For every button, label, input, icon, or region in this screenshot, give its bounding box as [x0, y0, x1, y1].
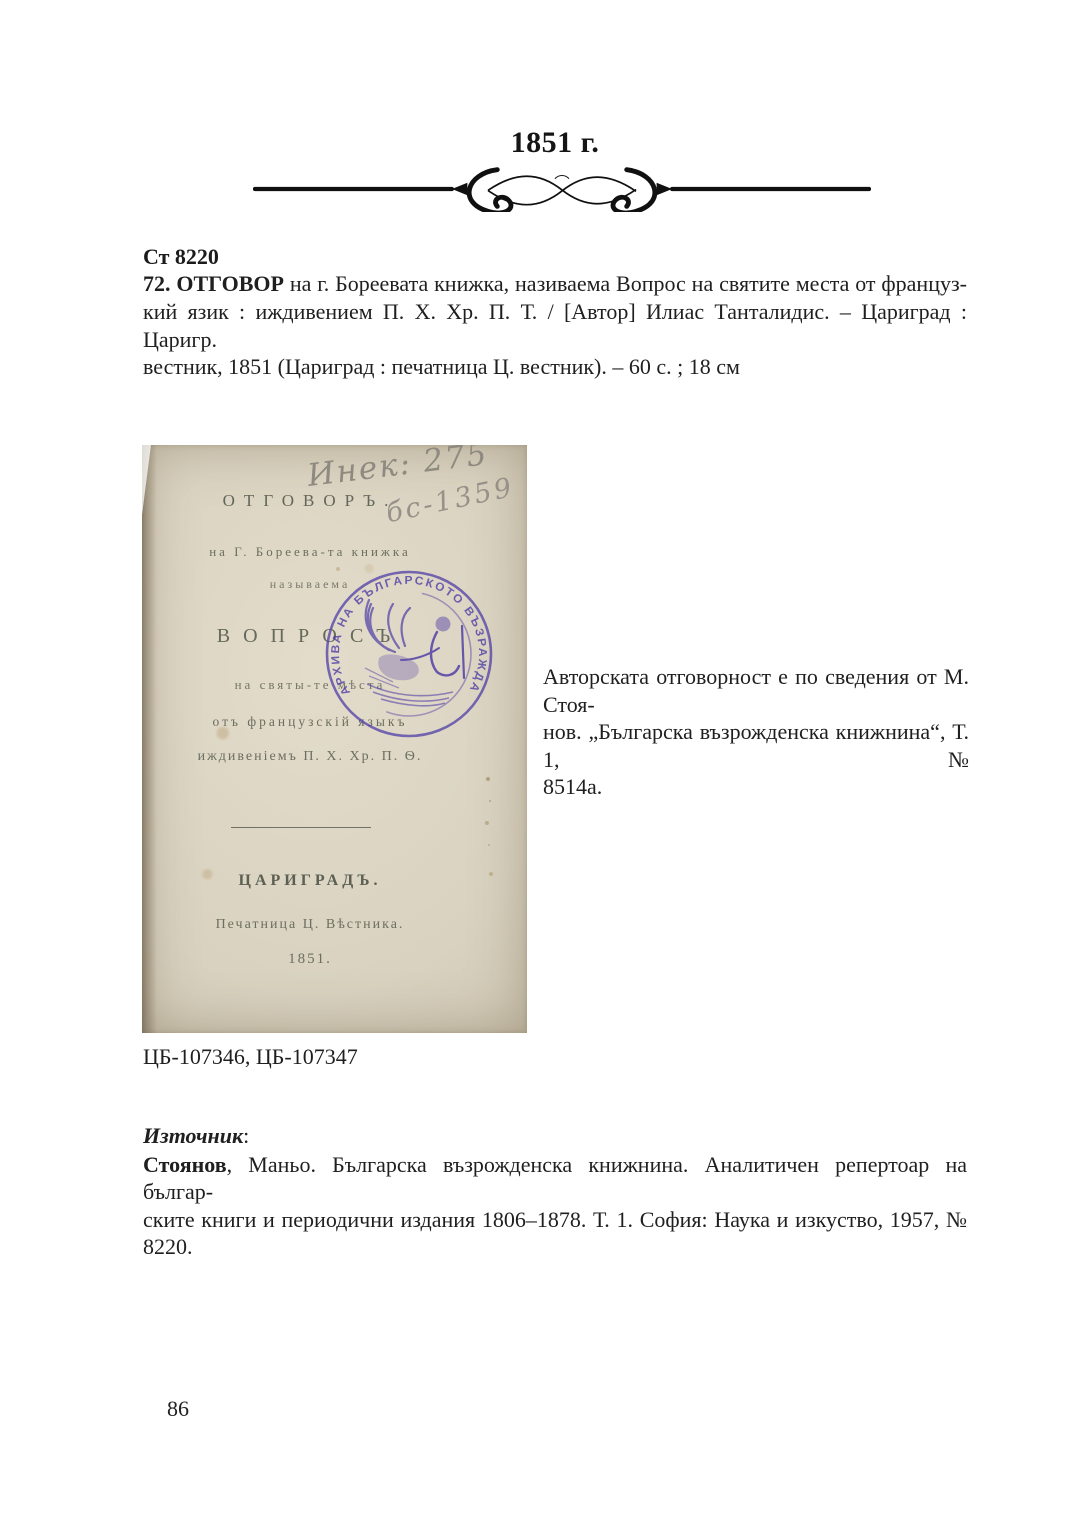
divider-ornament-svg: [253, 166, 871, 212]
divider-ornament: [253, 166, 871, 212]
scan-year: 1851.: [160, 951, 460, 968]
source-label-colon: :: [243, 1123, 249, 1148]
entry-line-2: кий язик : иждивением П. Х. Хр. П. Т. / …: [143, 298, 967, 354]
stamp-eagle-wing: [366, 600, 410, 652]
note-line-2: нов. „Българска възрожденска книжнина“, …: [543, 718, 969, 773]
entry-line-3: вестник, 1851 (Цариград : печатница Ц. в…: [143, 353, 967, 381]
source-line-1: Стоянов, Маньо. Българска възрожденска к…: [143, 1151, 967, 1206]
source-line-2: ските книги и периодични издания 1806–18…: [143, 1206, 967, 1233]
book-title-page-photo: Инек: 275 бс-1359 ОТГОВОРЪ. на Г. Бореев…: [142, 445, 527, 1033]
scan-title: ОТГОВОРЪ.: [160, 491, 460, 511]
page-title: 1851 г.: [143, 126, 967, 160]
source-label-word: Източник: [143, 1123, 243, 1148]
authorship-note: Авторската отговорност е по сведения от …: [543, 663, 969, 801]
note-line-1: Авторската отговорност е по сведения от …: [543, 663, 969, 718]
photo-corner-notch: [142, 445, 151, 515]
source-label: Източник:: [143, 1123, 249, 1149]
entry-line-1-text: на г. Бореевата книжка, називаема Вопрос…: [284, 271, 967, 296]
source-citation: Стоянов, Маньо. Българска възрожденска к…: [143, 1151, 967, 1261]
archive-stamp: АРХИВА НА БЪЛГАРСКОТО ВЪЗРАЖДАНЕ: [321, 569, 497, 739]
scan-subtitle-6: иждивеніемъ П. Х. Хр. П. Ѳ.: [160, 749, 460, 765]
entry-number: 72. ОТГОВОР: [143, 271, 284, 296]
source-author: Стоянов: [143, 1152, 227, 1177]
source-line-3: 8220.: [143, 1233, 967, 1260]
page-number: 86: [167, 1396, 189, 1422]
photo-spine-shadow: [142, 445, 157, 1033]
bibliography-page: 1851 г. Ст 8220 72. ОТГОВОР на г. Бореев…: [0, 0, 1080, 1527]
scan-city: ЦАРИГРАДЪ.: [160, 872, 460, 890]
catalog-code: Ст 8220: [143, 244, 219, 270]
scan-printer: Печатница Ц. Вѣстника.: [160, 917, 460, 933]
entry-description: 72. ОТГОВОР на г. Бореевата книжка, нази…: [143, 270, 967, 381]
scan-rule: [231, 827, 371, 828]
entry-line-1: 72. ОТГОВОР на г. Бореевата книжка, нази…: [143, 270, 967, 298]
photo-specks: [486, 777, 490, 781]
scan-subtitle-1: на Г. Бореева-та книжка: [160, 544, 460, 560]
note-line-3: 8514а.: [543, 773, 969, 801]
source-line-1-text: , Маньо. Българска възрожденска книжнина…: [143, 1152, 967, 1204]
shelfmarks: ЦБ-107346, ЦБ-107347: [143, 1044, 358, 1070]
